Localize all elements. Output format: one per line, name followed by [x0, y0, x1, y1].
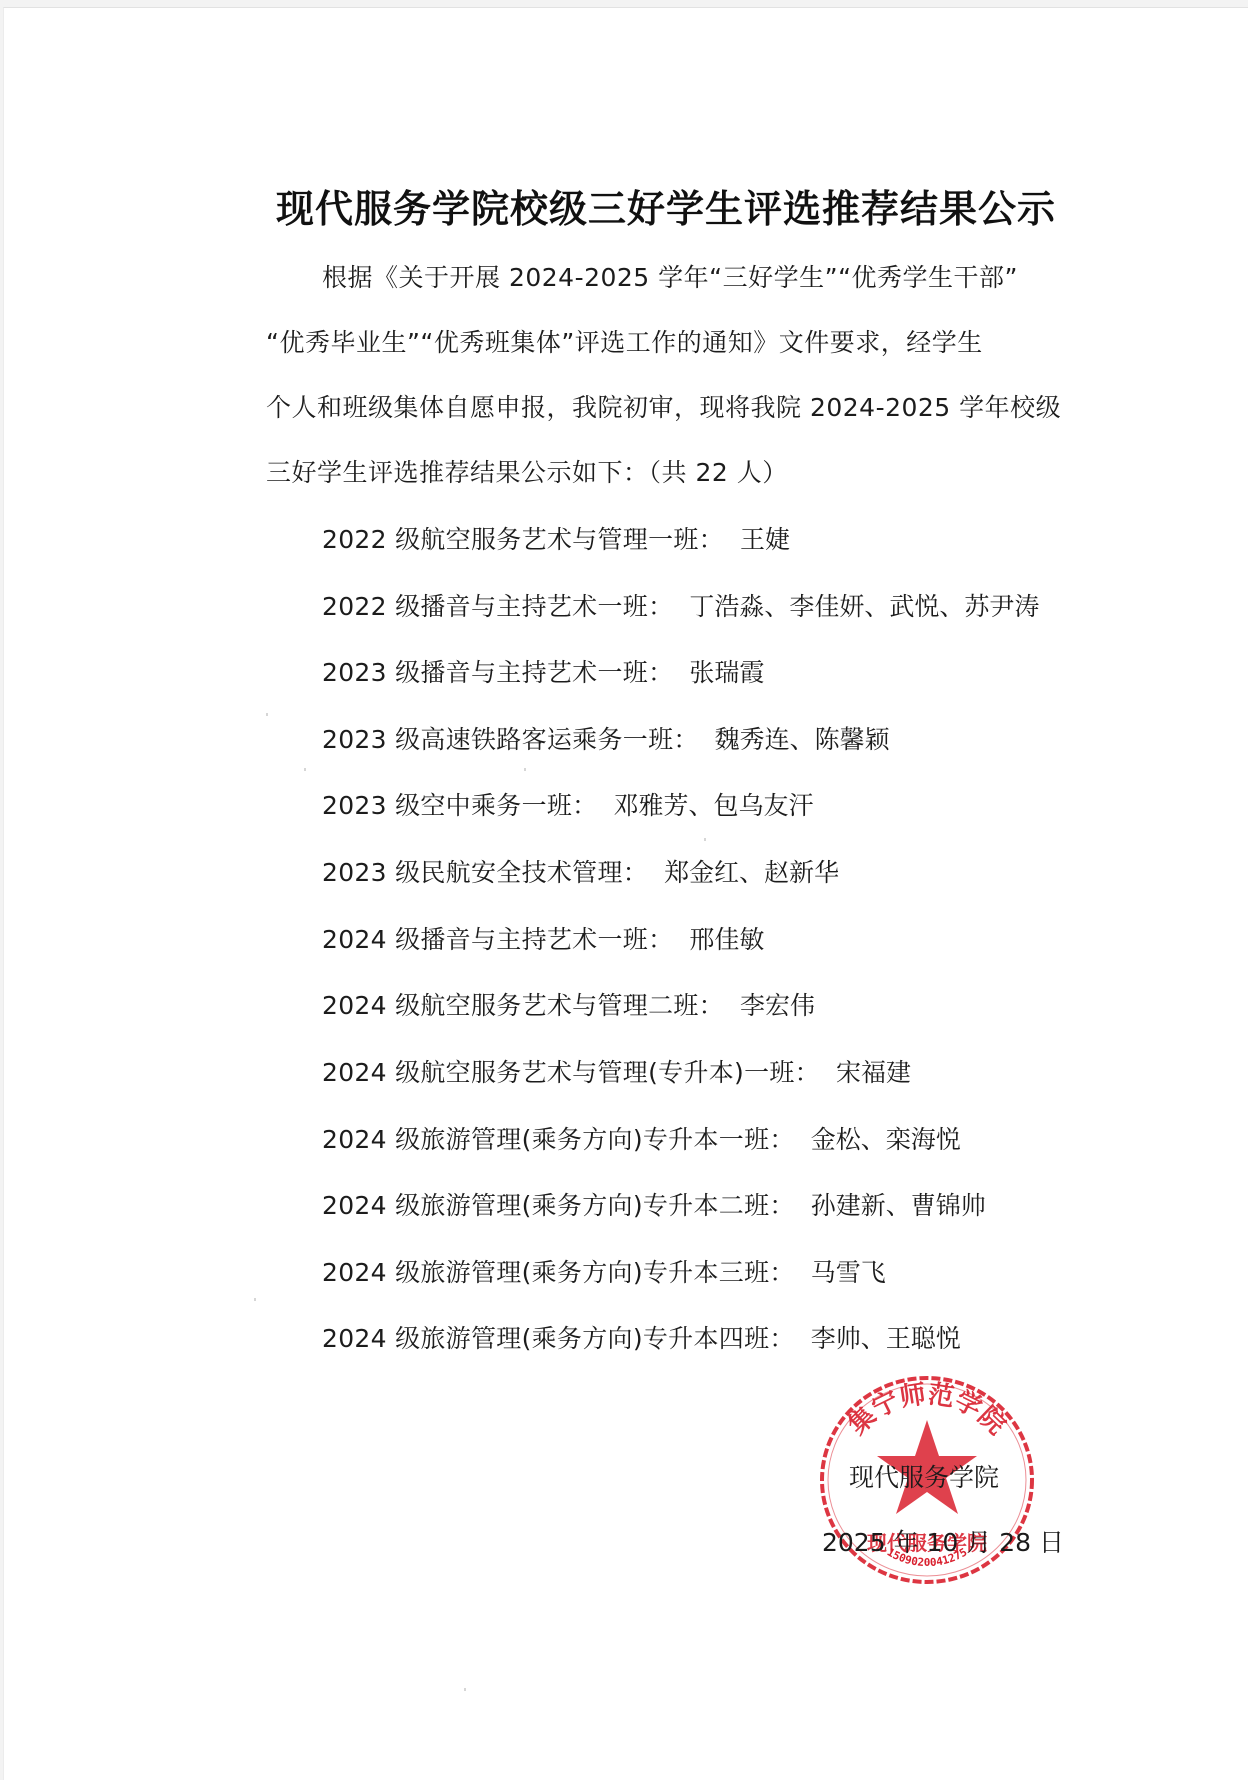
- student-names: 李宏伟: [740, 991, 815, 1020]
- class-name: 2024 级旅游管理(乘务方向)专升本四班：: [322, 1324, 795, 1353]
- paragraph-line-4: 三好学生评选推荐结果公示如下：（共 22 人）: [266, 453, 788, 489]
- class-name: 2024 级旅游管理(乘务方向)专升本二班：: [322, 1191, 795, 1220]
- list-item: 2024 级航空服务艺术与管理二班：李宏伟: [322, 986, 815, 1022]
- document-title: 现代服务学院校级三好学生评选推荐结果公示: [276, 178, 1056, 233]
- paragraph-line-1: 根据《关于开展 2024-2025 学年“三好学生”“优秀学生干部”: [322, 258, 1018, 294]
- student-names: 丁浩淼、李佳妍、武悦、苏尹涛: [689, 592, 1039, 621]
- student-names: 张瑞霞: [689, 658, 764, 687]
- scan-speck: [464, 1688, 466, 1691]
- student-names: 郑金红、赵新华: [664, 858, 839, 887]
- student-names: 李帅、王聪悦: [811, 1324, 961, 1353]
- class-name: 2023 级空中乘务一班：: [322, 791, 597, 820]
- scan-speck: [524, 768, 526, 771]
- class-name: 2024 级旅游管理(乘务方向)专升本一班：: [322, 1125, 795, 1154]
- class-name: 2023 级高速铁路客运乘务一班：: [322, 725, 699, 754]
- list-item: 2023 级空中乘务一班：邓雅芳、包乌友汗: [322, 786, 814, 822]
- class-name: 2022 级航空服务艺术与管理一班：: [322, 525, 724, 554]
- document-page: 现代服务学院校级三好学生评选推荐结果公示 根据《关于开展 2024-2025 学…: [3, 7, 1248, 1780]
- student-names: 金松、栾海悦: [811, 1125, 961, 1154]
- scan-speck: [254, 1298, 256, 1301]
- signer-name: 现代服务学院: [849, 1458, 999, 1494]
- list-item: 2023 级民航安全技术管理：郑金红、赵新华: [322, 853, 839, 889]
- list-item: 2023 级播音与主持艺术一班：张瑞霞: [322, 653, 764, 689]
- document-date: 2025 年 10 月 28 日: [822, 1523, 1064, 1559]
- class-name: 2024 级航空服务艺术与管理二班：: [322, 991, 724, 1020]
- class-name: 2023 级播音与主持艺术一班：: [322, 658, 673, 687]
- student-names: 王婕: [740, 525, 790, 554]
- paragraph-line-3: 个人和班级集体自愿申报，我院初审，现将我院 2024-2025 学年校级: [266, 388, 1061, 424]
- list-item: 2024 级旅游管理(乘务方向)专升本二班：孙建新、曹锦帅: [322, 1186, 986, 1222]
- list-item: 2024 级航空服务艺术与管理(专升本)一班：宋福建: [322, 1053, 911, 1089]
- list-item: 2024 级旅游管理(乘务方向)专升本三班：马雪飞: [322, 1253, 886, 1289]
- class-name: 2023 级民航安全技术管理：: [322, 858, 648, 887]
- list-item: 2024 级播音与主持艺术一班：邢佳敏: [322, 920, 764, 956]
- list-item: 2024 级旅游管理(乘务方向)专升本四班：李帅、王聪悦: [322, 1319, 961, 1355]
- class-name: 2024 级旅游管理(乘务方向)专升本三班：: [322, 1258, 795, 1287]
- student-names: 魏秀连、陈馨颖: [715, 725, 890, 754]
- class-name: 2024 级播音与主持艺术一班：: [322, 925, 673, 954]
- paragraph-line-2: “优秀毕业生”“优秀班集体”评选工作的通知》文件要求，经学生: [266, 323, 983, 359]
- list-item: 2024 级旅游管理(乘务方向)专升本一班：金松、栾海悦: [322, 1120, 961, 1156]
- list-item: 2023 级高速铁路客运乘务一班：魏秀连、陈馨颖: [322, 720, 890, 756]
- student-names: 宋福建: [836, 1058, 911, 1087]
- scan-speck: [266, 713, 268, 716]
- list-item: 2022 级播音与主持艺术一班：丁浩淼、李佳妍、武悦、苏尹涛: [322, 587, 1039, 623]
- scan-speck: [304, 768, 306, 771]
- scan-speck: [704, 838, 706, 841]
- student-names: 邢佳敏: [689, 925, 764, 954]
- class-name: 2022 级播音与主持艺术一班：: [322, 592, 673, 621]
- student-names: 孙建新、曹锦帅: [811, 1191, 986, 1220]
- student-names: 邓雅芳、包乌友汗: [613, 791, 813, 820]
- class-name: 2024 级航空服务艺术与管理(专升本)一班：: [322, 1058, 820, 1087]
- student-names: 马雪飞: [811, 1258, 886, 1287]
- list-item: 2022 级航空服务艺术与管理一班：王婕: [322, 520, 790, 556]
